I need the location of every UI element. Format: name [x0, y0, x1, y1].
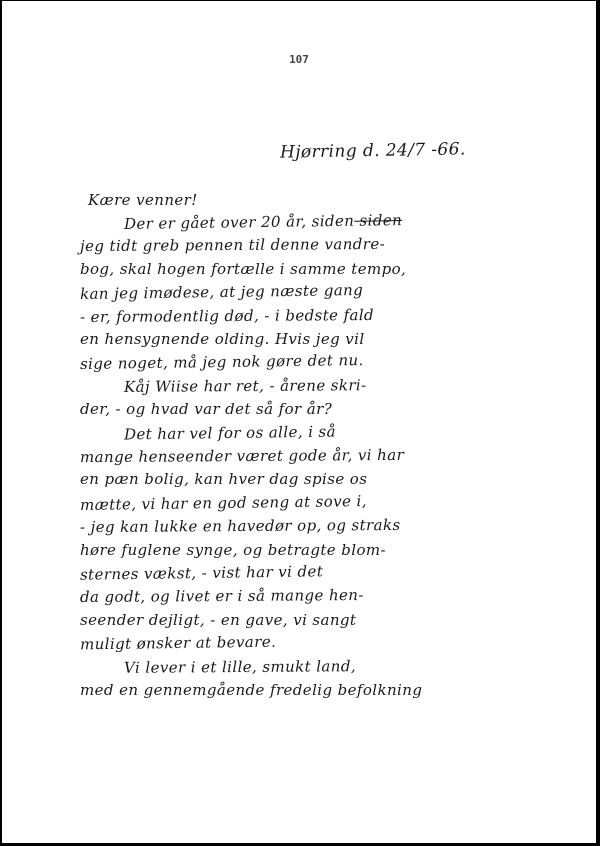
letter-line: mange henseender været gode år, vi har [80, 446, 404, 466]
letter-line: en pæn bolig, kan hver dag spise os [80, 470, 367, 488]
letter-line: Vi lever i et lille, smukt land, [124, 657, 356, 677]
letter-line: der, - og hvad var det så for år? [80, 400, 332, 418]
letter-line: jeg tidt greb pennen til denne vandre- [80, 235, 385, 255]
letter-line: - jeg kan lukke en havedør op, og straks [80, 516, 401, 536]
letter-line: med en gennemgående fredelig befolkning [80, 681, 422, 699]
letter-line: - er, formodentlig død, - i bedste fald [80, 306, 374, 326]
letter-line: muligt ønsker at bevare. [80, 633, 276, 654]
letter-line: da godt, og livet er i så mange hen- [80, 586, 364, 606]
letter-line: bog, skal hogen fortælle i samme tempo, [80, 260, 406, 278]
letter-line: Kåj Wiise har ret, - årene skri- [124, 376, 367, 396]
struck-word: siden [354, 211, 402, 230]
letter-dateline: Hjørring d. 24/7 -66. [280, 139, 466, 162]
page-number: 107 [2, 53, 596, 66]
letter-line: sternes vækst, - vist har vi det [80, 562, 323, 583]
letter-line: høre fuglene synge, og betragte blom- [80, 541, 386, 559]
letter-salutation: Kære venner! [88, 191, 198, 209]
letter-line: sige noget, må jeg nok gøre det nu. [80, 351, 364, 373]
letter-line: Der er gået over 20 år, siden siden [124, 211, 402, 233]
letter-line: kan jeg imødese, at jeg næste gang [80, 281, 363, 303]
letter-line: Det har vel for os alle, i så [124, 422, 336, 443]
letter-line: seender dejligt, - en gave, vi sangt [80, 611, 356, 629]
letter-line: mætte, vi har en god seng at sove i, [80, 492, 367, 514]
document-page: 107 Hjørring d. 24/7 -66. Kære venner! D… [0, 0, 600, 846]
letter-line: en hensygnende olding. Hvis jeg vil [80, 330, 365, 348]
